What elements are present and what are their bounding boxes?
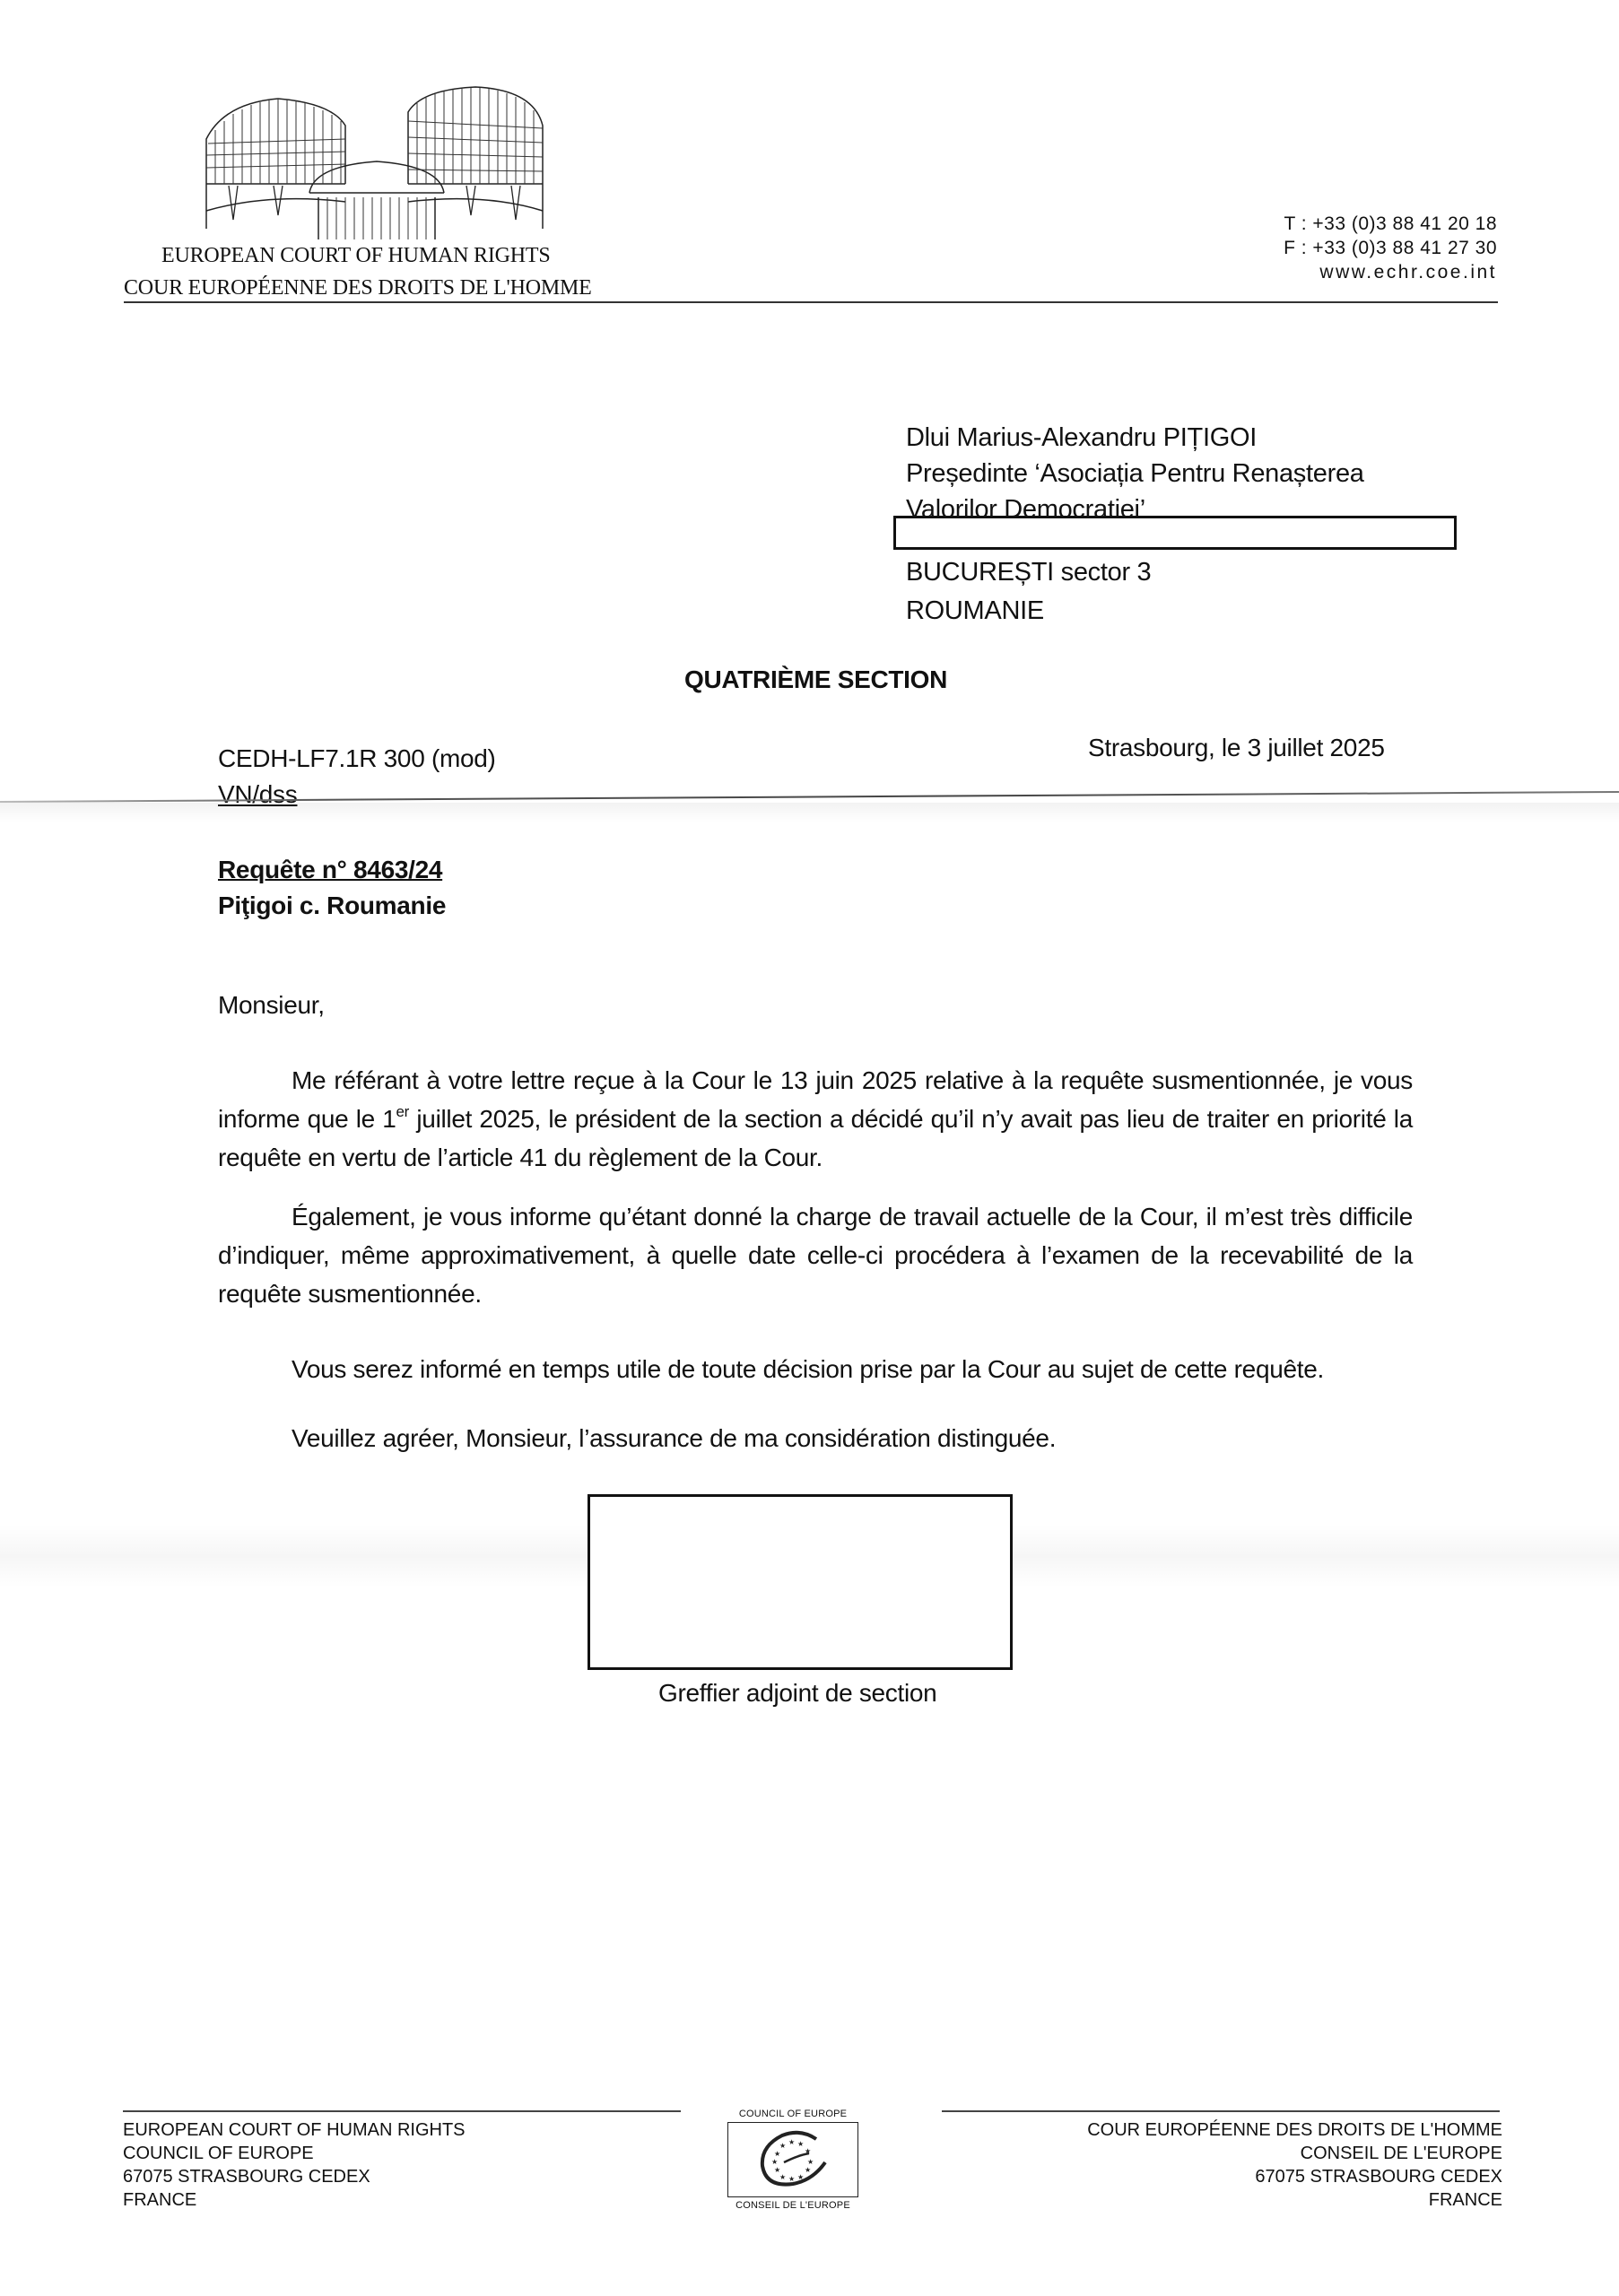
footer-address-fr: COUR EUROPÉENNE DES DROITS DE L'HOMME CO… — [1087, 2118, 1502, 2212]
section-title: QUATRIÈME SECTION — [684, 665, 947, 694]
contact-block: T : +33 (0)3 88 41 20 18 F : +33 (0)3 88… — [1284, 212, 1497, 284]
recipient-city-country: BUCUREȘTI sector 3 ROUMANIE — [906, 553, 1151, 631]
body-paragraph-2: Également, je vous informe qu’étant donn… — [218, 1197, 1413, 1313]
place-date: Strasbourg, le 3 juillet 2025 — [1088, 734, 1385, 762]
svg-text:★: ★ — [797, 2173, 804, 2181]
svg-text:★: ★ — [797, 2140, 804, 2148]
application-number: Requête n° 8463/24 — [218, 856, 442, 883]
coe-label-fr: CONSEIL DE L'EUROPE — [725, 2200, 861, 2211]
website-link[interactable]: www.echr.coe.int — [1284, 260, 1497, 284]
svg-text:★: ★ — [805, 2166, 811, 2174]
redacted-street-address — [893, 516, 1457, 550]
coe-label-en: COUNCIL OF EUROPE — [725, 2109, 861, 2119]
redacted-signature — [588, 1494, 1013, 1670]
paper-fold-shadow — [0, 803, 1619, 822]
footer-address-en: EUROPEAN COURT OF HUMAN RIGHTS COUNCIL O… — [123, 2118, 466, 2212]
svg-text:★: ★ — [788, 2175, 795, 2183]
svg-text:★: ★ — [779, 2173, 786, 2181]
recipient-name: Dlui Marius-Alexandru PIȚIGOI — [906, 420, 1364, 456]
header-divider — [124, 301, 1498, 303]
court-name-fr: COUR EUROPÉENNE DES DROITS DE L'HOMME — [124, 276, 592, 300]
reference-block: CEDH-LF7.1R 300 (mod) VN/dss — [218, 741, 496, 813]
court-building-icon — [188, 85, 565, 242]
footer-divider-left — [123, 2110, 681, 2112]
court-name-en: EUROPEAN COURT OF HUMAN RIGHTS — [161, 244, 551, 268]
body-paragraph-3: Vous serez informé en temps utile de tou… — [218, 1350, 1413, 1388]
recipient-title: Președinte ‘Asociația Pentru Renașterea — [906, 456, 1364, 491]
svg-text:★: ★ — [779, 2142, 786, 2150]
case-block: Requête n° 8463/24 Piţigoi c. Roumanie — [218, 852, 446, 924]
fax-number: F : +33 (0)3 88 41 27 30 — [1284, 236, 1497, 260]
svg-text:★: ★ — [771, 2158, 778, 2166]
footer-divider-right — [942, 2110, 1500, 2112]
salutation: Monsieur, — [218, 991, 325, 1020]
recipient-country: ROUMANIE — [906, 592, 1151, 631]
case-name: Piţigoi c. Roumanie — [218, 888, 446, 924]
recipient-address: Dlui Marius-Alexandru PIȚIGOI Președinte… — [906, 420, 1364, 527]
svg-text:★: ★ — [788, 2138, 795, 2146]
svg-text:★: ★ — [807, 2158, 814, 2166]
body-paragraph-1: Me référant à votre lettre reçue à la Co… — [218, 1061, 1413, 1177]
svg-text:★: ★ — [774, 2150, 780, 2158]
council-of-europe-logo-icon: ★★★ ★★★ ★★★ ★★★ — [728, 2123, 857, 2196]
closing-formula: Veuillez agréer, Monsieur, l’assurance d… — [218, 1419, 1413, 1457]
phone-number: T : +33 (0)3 88 41 20 18 — [1284, 212, 1497, 236]
signer-title: Greffier adjoint de section — [658, 1679, 936, 1708]
recipient-city: BUCUREȘTI sector 3 — [906, 553, 1151, 592]
reference-code: CEDH-LF7.1R 300 (mod) — [218, 741, 496, 777]
svg-text:★: ★ — [805, 2147, 811, 2155]
council-of-europe-logo: COUNCIL OF EUROPE ★★★ ★★★ ★★★ ★★★ CONSEI… — [725, 2109, 861, 2211]
